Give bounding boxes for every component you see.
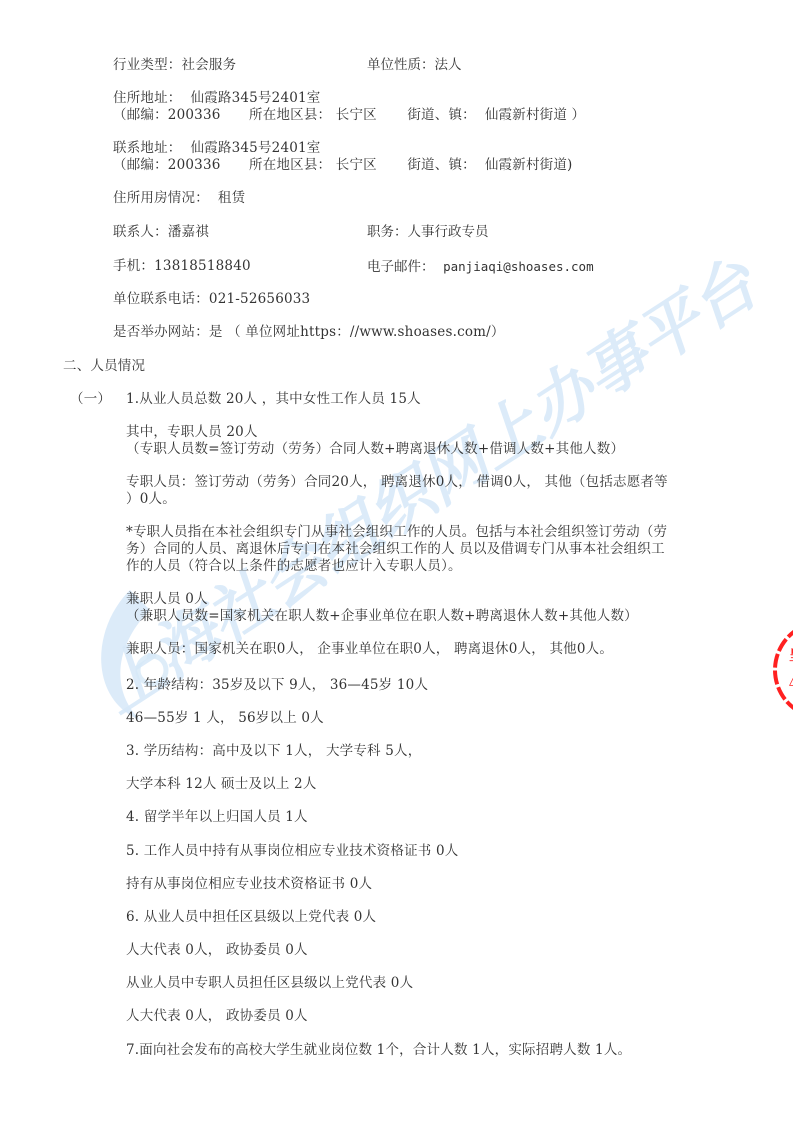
email-value: panjiaqi@shoases.com	[443, 259, 594, 274]
contact-person-label: 联系人：	[113, 224, 168, 240]
residence-district-value: 长宁区	[336, 107, 377, 123]
list-item: 46—55岁 1 人， 56岁以上 0人	[126, 710, 324, 727]
subsection-label: （一）	[70, 391, 111, 408]
position-label: 职务：	[367, 224, 408, 240]
svg-text:△: △	[789, 672, 793, 688]
svg-text:呈: 呈	[789, 648, 793, 664]
list-item: （兼职人员数=国家机关在职人数+企事业单位在职人数+聘离退休人数+其他人数）	[126, 608, 638, 625]
list-item: *专职人员指在本社会组织专门从事社会组织工作的人员。包括与本社会组织签订劳动（劳	[126, 524, 667, 541]
phone-value: 021-52656033	[209, 291, 310, 307]
list-item: 从业人员中专职人员担任区县级以上党代表 0人	[126, 975, 413, 992]
list-item: 大学本科 12人 硕士及以上 2人	[126, 776, 317, 793]
residence-value: 仙霞路345号2401室	[190, 90, 320, 106]
list-item: 人大代表 0人， 政协委员 0人	[126, 942, 308, 959]
housing-value: 租赁	[218, 190, 245, 206]
list-item: 作的人员（符合以上条件的志愿者也应计入专职人员）。	[126, 558, 462, 575]
org-nature: 单位性质：法人	[367, 57, 462, 74]
red-seal: 呈 △	[753, 600, 793, 740]
list-item: 2. 年龄结构：35岁及以下 9人， 36—45岁 10人	[126, 677, 428, 694]
contact-address-label: 联系地址：	[113, 140, 182, 156]
residence-street-value: 仙霞新村街道 ）	[485, 107, 585, 123]
phone-label: 单位联系电话：	[113, 291, 209, 307]
housing-status: 住所用房情况： 租赁	[113, 190, 245, 207]
org-phone: 单位联系电话：021-52656033	[113, 291, 310, 308]
contact-postal-code: （邮编：200336	[113, 157, 221, 173]
residence-address: 住所地址： 仙霞路345号2401室	[113, 90, 321, 107]
email-label: 电子邮件：	[367, 259, 435, 275]
list-item: 5. 工作人员中持有从事岗位相应专业技术资格证书 0人	[126, 843, 458, 860]
residence-postal-code: （邮编：200336	[113, 107, 221, 123]
industry-label: 行业类型：	[113, 57, 182, 73]
mobile: 手机：13818518840	[113, 258, 251, 275]
list-item: 3. 学历结构：高中及以下 1人， 大学专科 5人，	[126, 743, 421, 760]
contact-person: 联系人：潘嘉祺	[113, 224, 209, 241]
section-title: 二、人员情况	[63, 358, 145, 375]
contact-district-label: 所在地区县：	[249, 157, 331, 173]
residence-postal: （邮编：200336 所在地区县： 长宁区 街道、镇： 仙霞新村街道 ）	[113, 107, 585, 124]
contact-position: 职务：人事行政专员	[367, 224, 489, 241]
nature-label: 单位性质：	[367, 57, 435, 73]
list-item: 兼职人员 0人	[126, 591, 208, 608]
residence-label: 住所地址：	[113, 90, 182, 106]
contact-person-value: 潘嘉祺	[168, 224, 209, 240]
list-item: 其中，专职人员 20人	[126, 424, 258, 441]
contact-address-value: 仙霞路345号2401室	[190, 140, 320, 156]
list-item: （专职人员数=签订劳动（劳务）合同人数+聘离退休人数+借调人数+其他人数）	[126, 441, 624, 458]
website: 是否举办网站：是 （ 单位网址https：//www.shoases.com/）	[113, 324, 505, 341]
nature-value: 法人	[435, 57, 462, 73]
mobile-value: 13818518840	[154, 258, 251, 274]
industry-type: 行业类型：社会服务	[113, 57, 236, 74]
list-item: 兼职人员：国家机关在职0人， 企事业单位在职0人， 聘离退休0人， 其他0人。	[126, 641, 613, 658]
contact-street-value: 仙霞新村街道)	[485, 157, 573, 173]
list-item: 4. 留学半年以上归国人员 1人	[126, 809, 308, 826]
industry-value: 社会服务	[182, 57, 237, 73]
contact-street-label: 街道、镇：	[407, 157, 476, 173]
list-item: 持有从事岗位相应专业技术资格证书 0人	[126, 876, 372, 893]
list-item: 7.面向社会发布的高校大学生就业岗位数 1个，合计人数 1人，实际招聘人数 1人…	[126, 1042, 631, 1059]
position-value: 人事行政专员	[408, 224, 489, 240]
list-item: 人大代表 0人， 政协委员 0人	[126, 1008, 308, 1025]
list-item: 专职人员：签订劳动（劳务）合同20人， 聘离退休0人， 借调0人， 其他（包括志…	[126, 474, 668, 491]
housing-label: 住所用房情况：	[113, 190, 209, 206]
list-item: 1.从业人员总数 20人 ，其中女性工作人员 15人	[126, 391, 421, 408]
residence-street-label: 街道、镇：	[407, 107, 476, 123]
contact-district-value: 长宁区	[336, 157, 377, 173]
contact-address: 联系地址： 仙霞路345号2401室	[113, 140, 321, 157]
list-item: ）0人。	[126, 491, 176, 508]
contact-postal: （邮编：200336 所在地区县： 长宁区 街道、镇： 仙霞新村街道)	[113, 157, 573, 174]
mobile-label: 手机：	[113, 258, 154, 274]
list-item: 务）合同的人员、离退休后专门在本社会组织工作的人 员以及借调专门从事本社会组织工	[126, 541, 665, 558]
list-item: 6. 从业人员中担任区县级以上党代表 0人	[126, 909, 376, 926]
residence-district-label: 所在地区县：	[249, 107, 331, 123]
email: 电子邮件： panjiaqi@shoases.com	[367, 258, 594, 276]
